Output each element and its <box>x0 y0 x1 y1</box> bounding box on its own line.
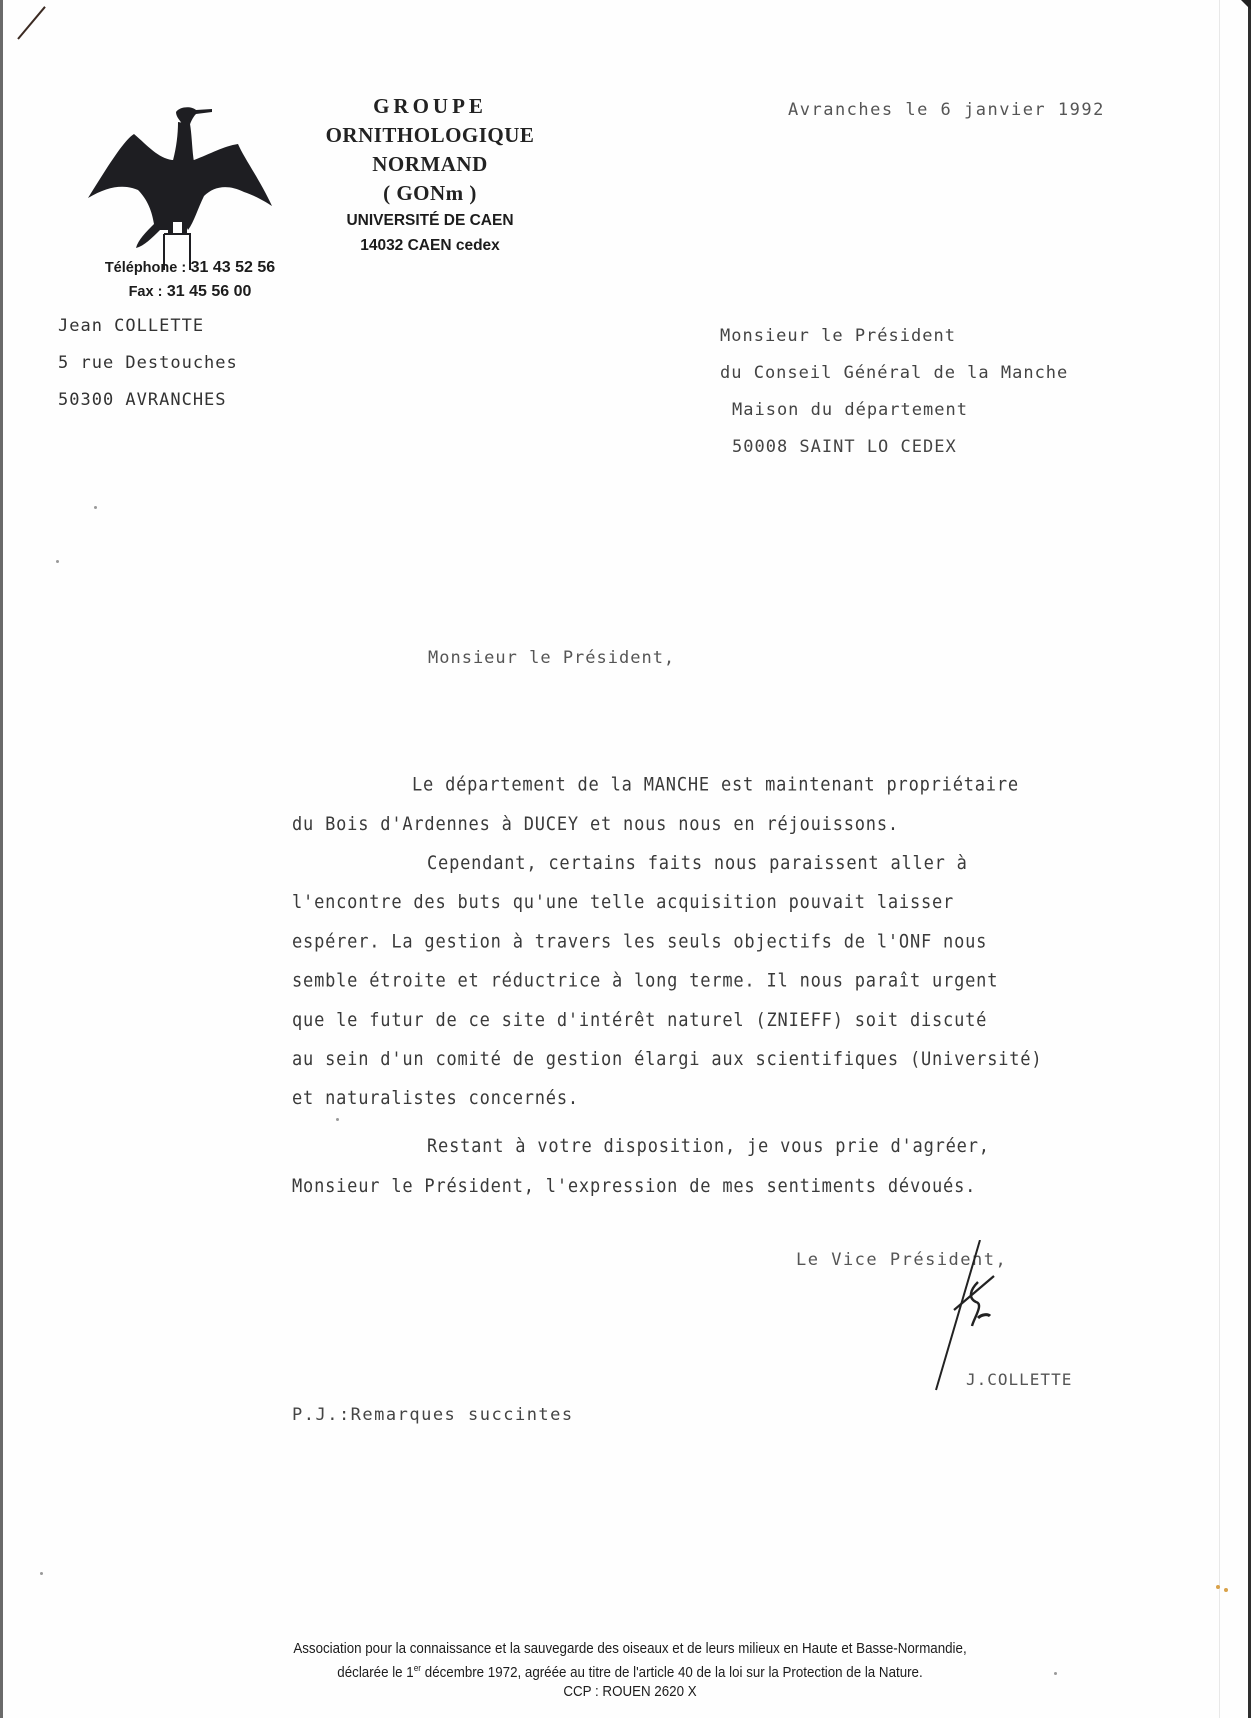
scan-edge-left <box>0 0 3 1718</box>
org-name-line: GROUPE <box>300 92 560 121</box>
signer-name: J.COLLETTE <box>966 1370 1072 1389</box>
org-acronym: ( GONm ) <box>300 179 560 208</box>
scan-speck <box>336 1118 339 1121</box>
body-line: l'encontre des buts qu'une telle acquisi… <box>292 884 1212 923</box>
phone-number: 31 43 52 56 <box>191 259 276 276</box>
org-address-line: UNIVERSITÉ DE CAEN <box>300 209 560 233</box>
body-line: et naturalistes concernés. <box>292 1080 1212 1119</box>
closing-line: Monsieur le Président, l'expression de m… <box>292 1166 990 1206</box>
fax-label: Fax : <box>129 284 163 300</box>
recipient-address: Monsieur le Président du Conseil Général… <box>720 318 1068 466</box>
footer-line: Association pour la connaissance et la s… <box>188 1640 1071 1659</box>
footer-superscript: er <box>414 1663 421 1673</box>
scan-speck <box>1224 1588 1228 1592</box>
closing-line: Restant à votre disposition, je vous pri… <box>292 1126 990 1166</box>
recipient-line: Monsieur le Président <box>720 318 1068 355</box>
salutation: Monsieur le Président, <box>428 648 675 668</box>
fax-row: Fax : 31 45 56 00 <box>70 280 310 304</box>
enclosure-note: P.J.:Remarques succintes <box>292 1405 574 1425</box>
org-name-line: NORMAND <box>300 150 560 179</box>
org-name-line: ORNITHOLOGIQUE <box>300 121 560 150</box>
body-line: semble étroite et réductrice à long term… <box>292 962 1212 1001</box>
sender-city: 50300 AVRANCHES <box>58 382 238 419</box>
body-line: du Bois d'Ardennes à DUCEY et nous nous … <box>292 805 1212 844</box>
scan-speck <box>1054 1672 1057 1675</box>
body-line: Le département de la MANCHE est maintena… <box>292 766 1212 805</box>
phone-row: Téléphone : 31 43 52 56 <box>70 256 310 280</box>
fax-number: 31 45 56 00 <box>167 283 252 300</box>
org-address-line: 14032 CAEN cedex <box>300 234 560 258</box>
scan-speck <box>40 1572 43 1575</box>
association-footer: Association pour la connaissance et la s… <box>188 1640 1071 1702</box>
body-line: que le futur de ce site d'intérêt nature… <box>292 1001 1212 1040</box>
closing-paragraph: Restant à votre disposition, je vous pri… <box>292 1126 990 1207</box>
scan-speck <box>94 506 97 509</box>
phone-label: Téléphone : <box>105 260 186 276</box>
letter-page: GROUPE ORNITHOLOGIQUE NORMAND ( GONm ) U… <box>0 0 1251 1718</box>
body-line: espérer. La gestion à travers les seuls … <box>292 923 1212 962</box>
letter-body: Le département de la MANCHE est maintena… <box>292 766 1212 1119</box>
cormorant-icon <box>88 100 288 270</box>
scan-speck <box>56 560 59 563</box>
pen-mark <box>17 6 46 39</box>
recipient-line: Maison du département <box>720 392 1068 429</box>
org-header: GROUPE ORNITHOLOGIQUE NORMAND ( GONm ) U… <box>300 92 560 258</box>
footer-line: déclarée le 1er décembre 1972, agréée au… <box>188 1659 1071 1683</box>
footer-text: déclarée le 1 <box>337 1665 413 1681</box>
scan-speck <box>1216 1585 1220 1589</box>
sender-street: 5 rue Destouches <box>58 345 238 382</box>
sender-name: Jean COLLETTE <box>58 308 238 345</box>
scan-corner <box>1241 0 1251 10</box>
body-line: au sein d'un comité de gestion élargi au… <box>292 1040 1212 1079</box>
recipient-line: du Conseil Général de la Manche <box>720 355 1068 392</box>
footer-ccp: CCP : ROUEN 2620 X <box>188 1683 1071 1702</box>
letter-date: Avranches le 6 janvier 1992 <box>788 100 1105 120</box>
footer-text: décembre 1972, agréée au titre de l'arti… <box>421 1665 923 1681</box>
sender-address: Jean COLLETTE 5 rue Destouches 50300 AVR… <box>58 308 238 419</box>
org-contact: Téléphone : 31 43 52 56 Fax : 31 45 56 0… <box>70 256 310 304</box>
body-line: Cependant, certains faits nous paraissen… <box>292 844 1212 883</box>
scan-fold-line <box>1219 0 1220 1718</box>
recipient-line: 50008 SAINT LO CEDEX <box>720 429 1068 466</box>
